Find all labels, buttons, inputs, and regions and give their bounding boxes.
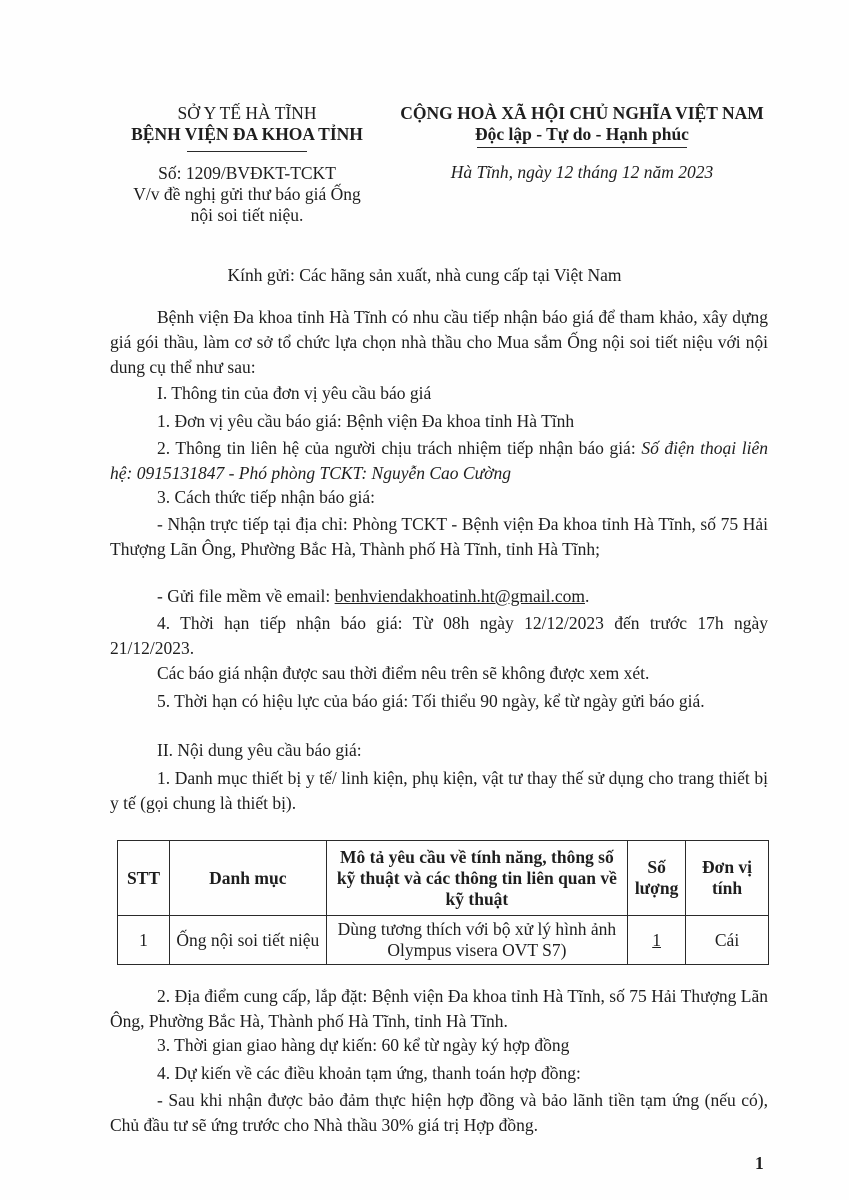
section-2-item-4: 4. Dự kiến về các điều khoản tạm ứng, th… [110, 1061, 768, 1086]
recipient-line: Kính gửi: Các hãng sản xuất, nhà cung cấ… [0, 262, 849, 288]
col-stt: STT [118, 841, 170, 916]
section-1-item-2: 2. Thông tin liên hệ của người chịu trác… [110, 436, 768, 486]
nation-title: CỘNG HOÀ XÃ HỘI CHỦ NGHĨA VIỆT NAM [372, 103, 792, 124]
header-right-rule [477, 147, 687, 148]
cell-quantity: 1 [628, 916, 686, 965]
document-page: SỞ Y TẾ HÀ TĨNH BỆNH VIỆN ĐA KHOA TỈNH S… [0, 0, 849, 1200]
issuer-header: SỞ Y TẾ HÀ TĨNH BỆNH VIỆN ĐA KHOA TỈNH S… [112, 103, 382, 226]
advance-payment-terms: - Sau khi nhận được bảo đảm thực hiện hợ… [110, 1088, 768, 1138]
email-link[interactable]: benhviendakhoatinh.ht@gmail.com [335, 586, 585, 606]
subject-line-2: nội soi tiết niệu. [112, 205, 382, 226]
section-1-item-5: 5. Thời hạn có hiệu lực của báo giá: Tối… [110, 689, 768, 714]
section-1-title: I. Thông tin của đơn vị yêu cầu báo giá [110, 381, 768, 406]
intro-paragraph: Bệnh viện Đa khoa tỉnh Hà Tĩnh có nhu cầ… [110, 305, 768, 380]
section-2-item-1: 1. Danh mục thiết bị y tế/ linh kiện, ph… [110, 766, 768, 816]
section-2-item-2: 2. Địa điểm cung cấp, lắp đặt: Bệnh viện… [110, 984, 768, 1034]
col-unit: Đơn vị tính [686, 841, 769, 916]
section-1-item-4: 4. Thời hạn tiếp nhận báo giá: Từ 08h ng… [110, 611, 768, 661]
section-2-item-3: 3. Thời gian giao hàng dự kiến: 60 kể từ… [110, 1033, 768, 1058]
place-date: Hà Tĩnh, ngày 12 tháng 12 năm 2023 [372, 162, 792, 183]
section-1-item-1: 1. Đơn vị yêu cầu báo giá: Bệnh viện Đa … [110, 409, 768, 434]
col-item-name: Danh mục [169, 841, 326, 916]
section-1-item-3: 3. Cách thức tiếp nhận báo giá: [110, 485, 768, 510]
table-header-row: STT Danh mục Mô tả yêu cầu về tính năng,… [118, 841, 769, 916]
national-header: CỘNG HOÀ XÃ HỘI CHỦ NGHĨA VIỆT NAM Độc l… [372, 103, 792, 183]
col-quantity: Số lượng [628, 841, 686, 916]
page-number: 1 [755, 1153, 764, 1174]
subject-line-1: V/v đề nghị gửi thư báo giá Ống [112, 184, 382, 205]
email-line: - Gửi file mềm về email: benhviendakhoat… [110, 584, 768, 609]
direct-delivery-address: - Nhận trực tiếp tại địa chỉ: Phòng TCKT… [110, 512, 768, 562]
email-label: - Gửi file mềm về email: [157, 586, 335, 606]
col-description: Mô tả yêu cầu về tính năng, thông số kỹ … [326, 841, 627, 916]
hospital-name: BỆNH VIỆN ĐA KHOA TỈNH [112, 124, 382, 145]
equipment-table: STT Danh mục Mô tả yêu cầu về tính năng,… [117, 840, 769, 965]
late-quote-note: Các báo giá nhận được sau thời điểm nêu … [110, 661, 768, 686]
document-number: Số: 1209/BVĐKT-TCKT [112, 163, 382, 184]
contact-label: 2. Thông tin liên hệ của người chịu trác… [157, 438, 641, 458]
section-2-title: II. Nội dung yêu cầu báo giá: [110, 738, 768, 763]
cell-unit: Cái [686, 916, 769, 965]
header-left-rule [187, 151, 307, 152]
department-name: SỞ Y TẾ HÀ TĨNH [112, 103, 382, 124]
national-motto: Độc lập - Tự do - Hạnh phúc [372, 124, 792, 145]
cell-stt: 1 [118, 916, 170, 965]
table-row: 1 Ống nội soi tiết niệu Dùng tương thích… [118, 916, 769, 965]
email-suffix: . [585, 586, 589, 606]
cell-description: Dùng tương thích với bộ xử lý hình ảnh O… [326, 916, 627, 965]
cell-item-name: Ống nội soi tiết niệu [169, 916, 326, 965]
